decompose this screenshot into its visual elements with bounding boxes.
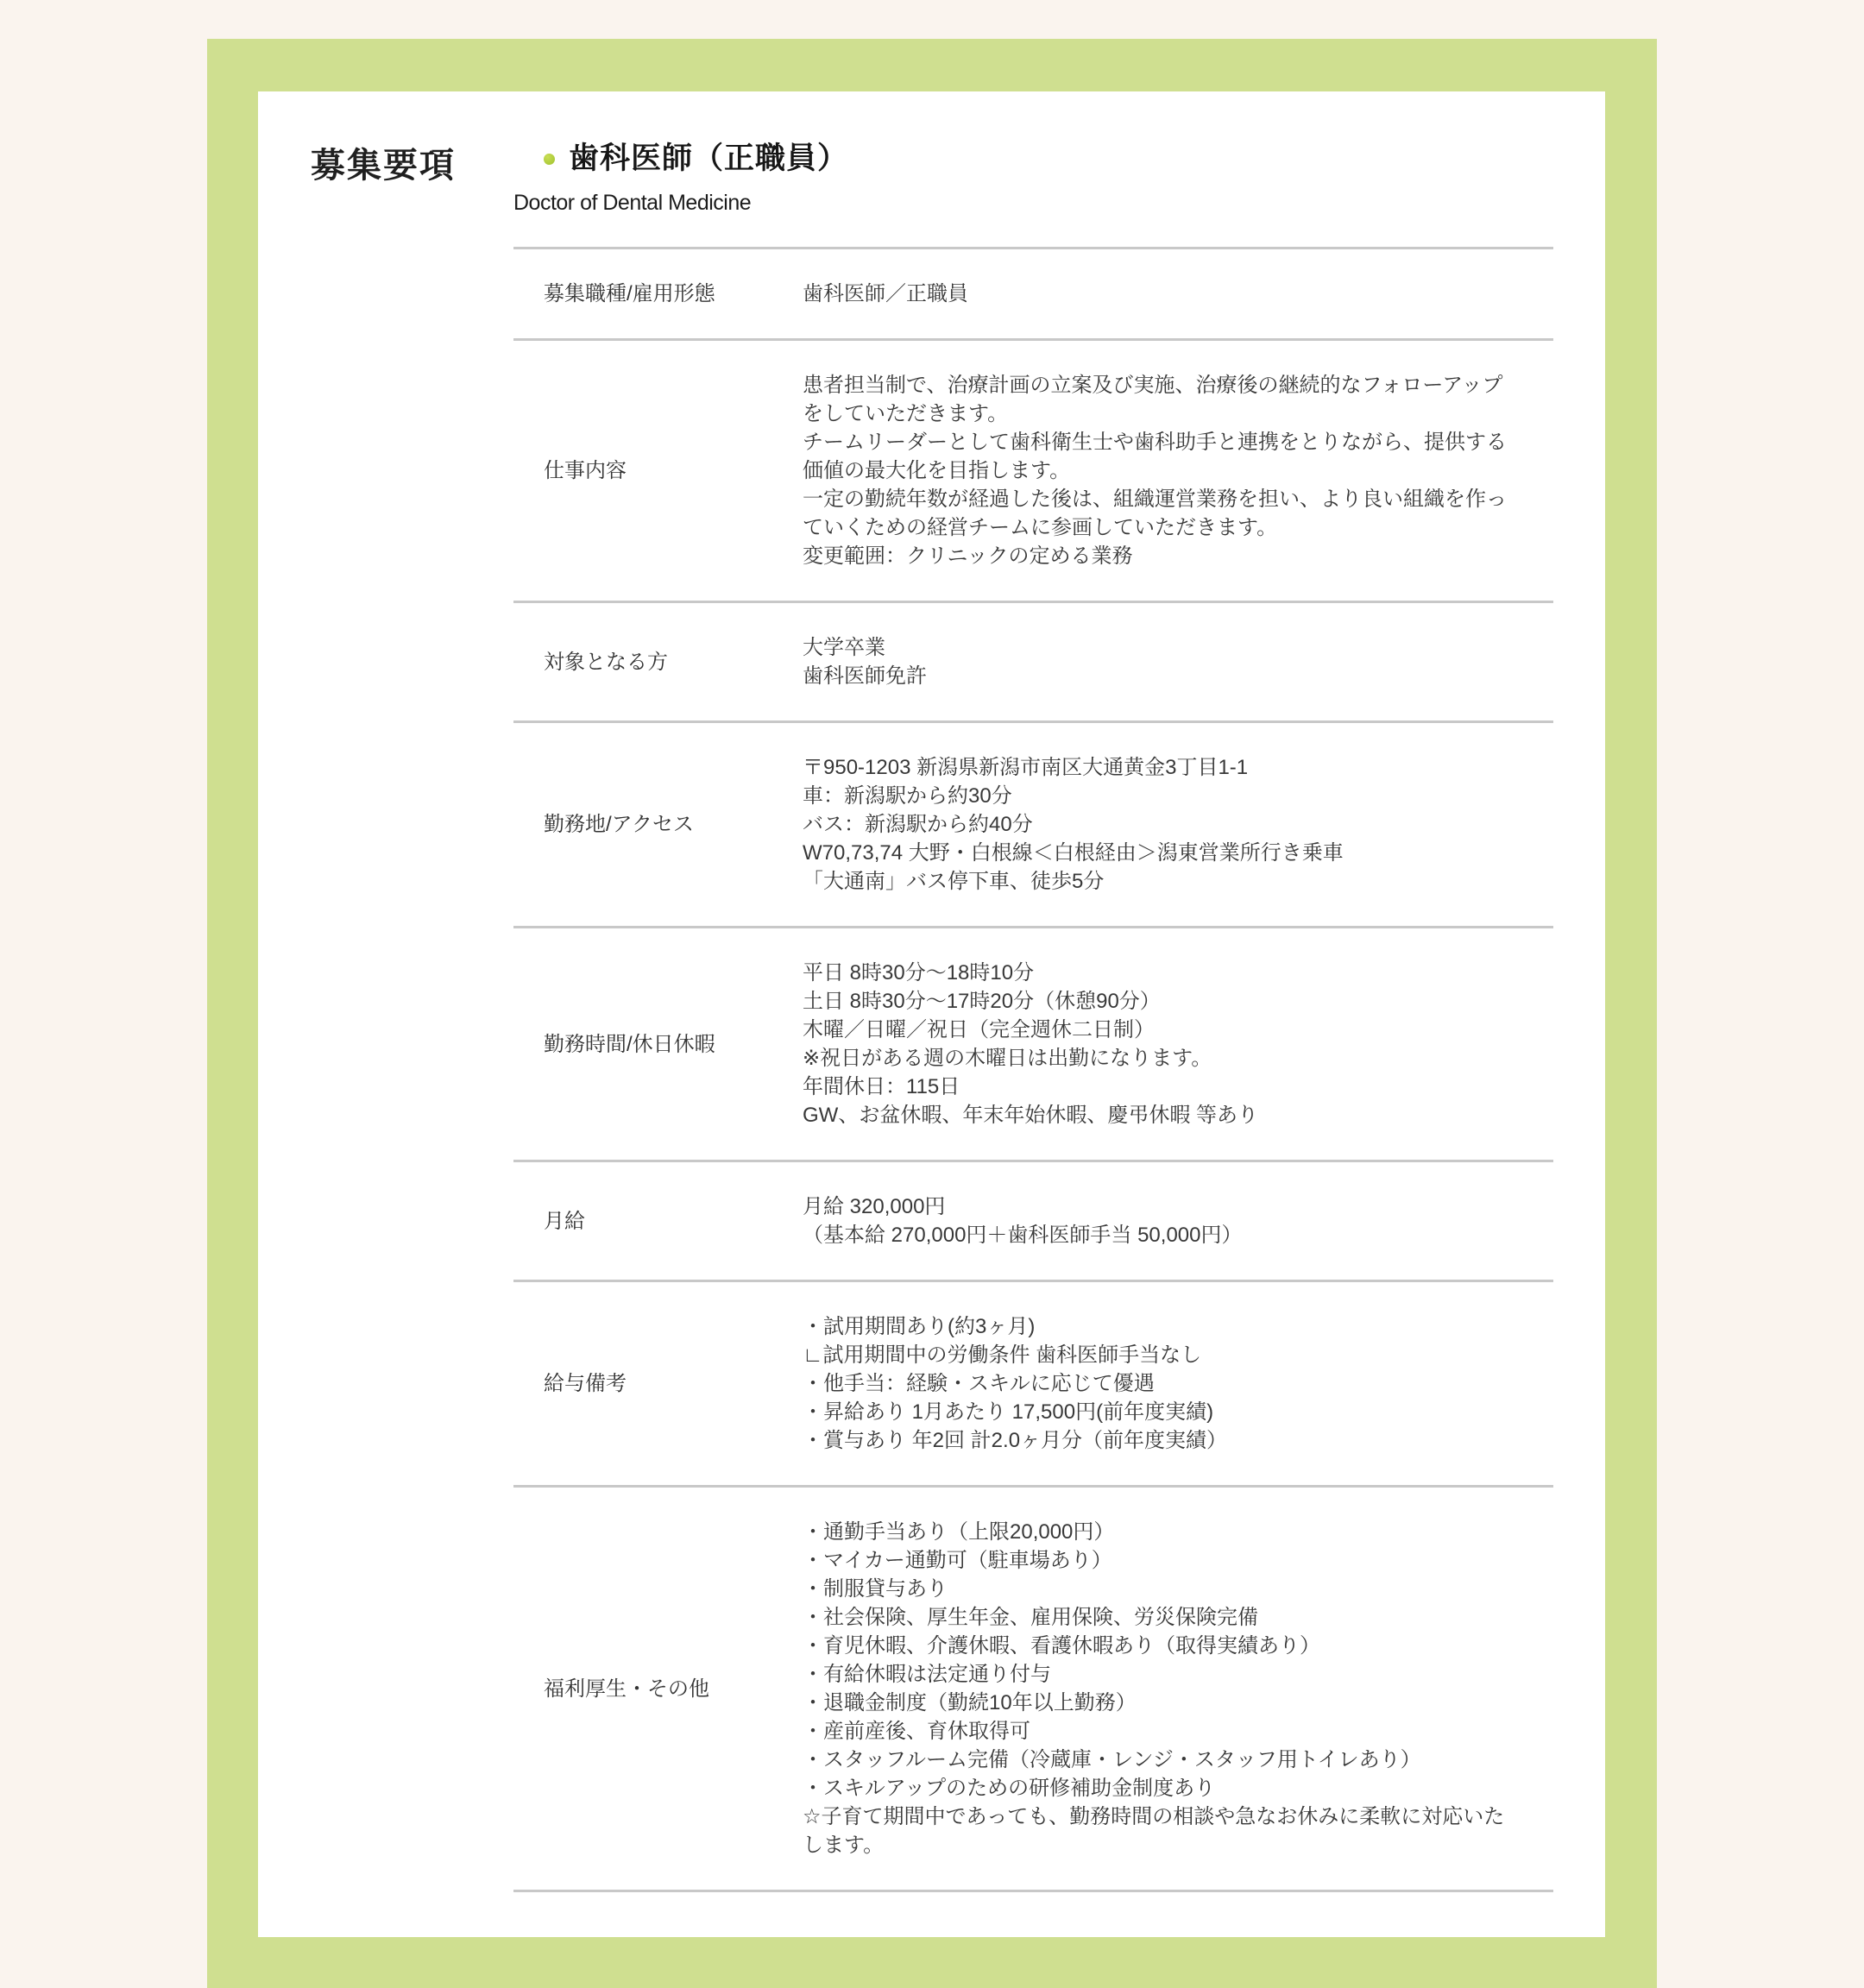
table-row-salary-notes: 給与備考 ・試用期間あり(約3ヶ月)∟試用期間中の労働条件 歯科医師手当なし・他… [513,1282,1553,1488]
text-line: をしていただきます。 [803,399,1553,428]
text-line: ・マイカー通勤可（駐車場あり） [803,1546,1553,1575]
text-line: ∟試用期間中の労働条件 歯科医師手当なし [803,1341,1553,1369]
text-line: 「大通南」バス停下車、徒歩5分 [803,867,1553,896]
bullet-dot-icon [544,154,555,165]
text-line: 歯科医師免許 [803,662,1553,690]
row-label: 対象となる方 [513,648,803,676]
text-line: 一定の勤続年数が経過した後は、組織運営業務を担い、より良い組織を作っ [803,485,1553,513]
row-value: 患者担当制で、治療計画の立案及び実施、治療後の継続的なフォローアップをしていただ… [803,371,1553,570]
job-title-row: 歯科医師（正職員） [513,142,1553,176]
text-line: 〒950-1203 新潟県新潟市南区大通黄金3丁目1-1 [803,753,1553,782]
text-line: ・育児休暇、介護休暇、看護休暇あり（取得実績あり） [803,1632,1553,1660]
text-line: 変更範囲：クリニックの定める業務 [803,542,1553,570]
text-line: 年間休日：115日 [803,1073,1553,1101]
text-line: ・スキルアップのための研修補助金制度あり [803,1774,1553,1802]
table-row-eligibility: 対象となる方 大学卒業歯科医師免許 [513,603,1553,723]
text-line: ・賞与あり 年2回 計2.0ヶ月分（前年度実績） [803,1426,1553,1455]
row-value: ・試用期間あり(約3ヶ月)∟試用期間中の労働条件 歯科医師手当なし・他手当：経験… [803,1312,1553,1455]
row-label: 福利厚生・その他 [513,1675,803,1703]
text-line: 土日 8時30分〜17時20分（休憩90分） [803,987,1553,1016]
table-row-job-description: 仕事内容 患者担当制で、治療計画の立案及び実施、治療後の継続的なフォローアップを… [513,341,1553,603]
row-label: 勤務時間/休日休暇 [513,1030,803,1059]
text-line: 月給 320,000円 [803,1192,1553,1221]
text-line: 歯科医師／正職員 [803,280,1553,308]
text-line: W70,73,74 大野・白根線＜白根経由＞潟東営業所行き乗車 [803,839,1553,867]
text-line: ・スタッフルーム完備（冷蔵庫・レンジ・スタッフ用トイレあり） [803,1746,1553,1774]
text-line: します。 [803,1831,1553,1859]
row-label: 勤務地/アクセス [513,810,803,839]
text-line: ・他手当：経験・スキルに応じて優遇 [803,1369,1553,1398]
text-line: 大学卒業 [803,633,1553,662]
text-line: ・制服貸与あり [803,1575,1553,1603]
main-content: 歯科医師（正職員） Doctor of Dental Medicine 募集職種… [513,91,1605,1937]
row-label: 給与備考 [513,1369,803,1398]
text-line: （基本給 270,000円＋歯科医師手当 50,000円） [803,1221,1553,1249]
text-line: 木曜／日曜／祝日（完全週休二日制） [803,1016,1553,1044]
text-line: 平日 8時30分〜18時10分 [803,959,1553,987]
row-value: ・通勤手当あり（上限20,000円）・マイカー通勤可（駐車場あり）・制服貸与あり… [803,1518,1553,1859]
table-row-benefits: 福利厚生・その他 ・通勤手当あり（上限20,000円）・マイカー通勤可（駐車場あ… [513,1488,1553,1892]
page: { "page": { "section_heading": "募集要項", "… [0,0,1864,1988]
text-line: ・昇給あり 1月あたり 17,500円(前年度実績) [803,1398,1553,1426]
row-value: 平日 8時30分〜18時10分土日 8時30分〜17時20分（休憩90分）木曜／… [803,959,1553,1129]
text-line: 車：新潟駅から約30分 [803,782,1553,810]
text-line: バス：新潟駅から約40分 [803,810,1553,839]
sidebar: 募集要項 [258,91,513,1937]
text-line: 患者担当制で、治療計画の立案及び実施、治療後の継続的なフォローアップ [803,371,1553,399]
text-line: チームリーダーとして歯科衛生士や歯科助手と連携をとりながら、提供する [803,428,1553,456]
text-line: ※祝日がある週の木曜日は出勤になります。 [803,1044,1553,1073]
row-label: 募集職種/雇用形態 [513,280,803,308]
job-title: 歯科医師（正職員） [569,142,848,176]
row-value: 大学卒業歯科医師免許 [803,633,1553,690]
text-line: ・産前産後、育休取得可 [803,1717,1553,1746]
job-details-table: 募集職種/雇用形態 歯科医師／正職員 仕事内容 患者担当制で、治療計画の立案及び… [513,249,1553,1892]
text-line: ・有給休暇は法定通り付与 [803,1660,1553,1689]
table-row-location-access: 勤務地/アクセス 〒950-1203 新潟県新潟市南区大通黄金3丁目1-1車：新… [513,723,1553,928]
row-label: 月給 [513,1207,803,1236]
job-subtitle: Doctor of Dental Medicine [513,191,1553,215]
section-heading: 募集要項 [311,147,513,185]
table-row-monthly-salary: 月給 月給 320,000円（基本給 270,000円＋歯科医師手当 50,00… [513,1162,1553,1282]
text-line: ていくための経営チームに参画していただきます。 [803,513,1553,542]
text-line: ・社会保険、厚生年金、雇用保険、労災保険完備 [803,1603,1553,1632]
text-line: ・試用期間あり(約3ヶ月) [803,1312,1553,1341]
row-value: 〒950-1203 新潟県新潟市南区大通黄金3丁目1-1車：新潟駅から約30分バ… [803,753,1553,896]
row-label: 仕事内容 [513,456,803,485]
table-row-job-type: 募集職種/雇用形態 歯科医師／正職員 [513,249,1553,341]
text-line: GW、お盆休暇、年末年始休暇、慶弔休暇 等あり [803,1101,1553,1129]
text-line: ☆子育て期間中であっても、勤務時間の相談や急なお休みに柔軟に対応いた [803,1802,1553,1831]
row-value: 歯科医師／正職員 [803,280,1553,308]
text-line: ・退職金制度（勤続10年以上勤務） [803,1689,1553,1717]
table-row-working-hours: 勤務時間/休日休暇 平日 8時30分〜18時10分土日 8時30分〜17時20分… [513,928,1553,1162]
content-sheet: 募集要項 歯科医師（正職員） Doctor of Dental Medicine… [258,91,1605,1937]
text-line: 価値の最大化を目指します。 [803,456,1553,485]
text-line: ・通勤手当あり（上限20,000円） [803,1518,1553,1546]
row-value: 月給 320,000円（基本給 270,000円＋歯科医師手当 50,000円） [803,1192,1553,1249]
